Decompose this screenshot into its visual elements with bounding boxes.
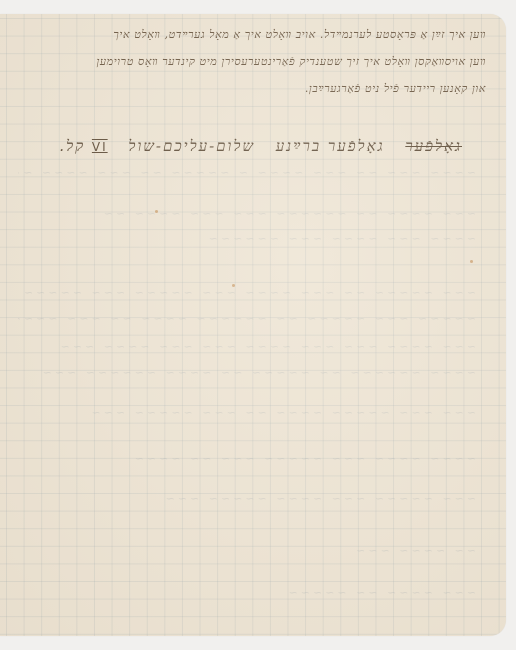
show-through-text: ~~ ~~~~ ~~~: [18, 544, 476, 557]
class-suffix: קל.: [59, 137, 85, 155]
show-through-text: ~~~ ~~~~ ~~ ~~~~~: [18, 586, 476, 599]
class-numeral: VI: [92, 140, 108, 154]
show-through-text: ~~~~ ~~~~~~ ~~ ~~~~~ ~~ ~~~~ ~~~~~~ ~~~: [18, 366, 476, 379]
handwritten-line-1: װען איך זײַן אַ פּראָסטע לערנמײדל. אויב …: [113, 28, 486, 41]
ink-speck: [155, 210, 158, 213]
show-through-text: ~~~~ ~~~ ~~ ~~~ ~~~~ ~ ~~~~~ ~~ ~~~ ~~~~…: [18, 166, 476, 179]
ink-speck: [470, 260, 473, 263]
author-name: גאָלפֿער ברײַנע: [276, 137, 385, 155]
show-through-text: ~~~~ ~~~~ ~~~ ~~~~~ ~~~ ~~ ~~~~: [18, 452, 476, 465]
notebook-page: װען איך זײַן אַ פּראָסטע לערנמײדל. אויב …: [0, 14, 506, 636]
school-name: שלום-עליכם-שול: [128, 137, 255, 155]
show-through-text: ~~~~ ~~~ ~~~~ ~~~ ~~~~~~: [18, 232, 476, 245]
signature-line: גאָלפֿער גאָלפֿער ברײַנע שלום-עליכם-שול …: [59, 137, 462, 156]
show-through-text: ~~~ ~~~~ ~~ ~~~~~~ ~~~ ~~~ ~~~~ ~~: [18, 207, 476, 220]
show-through-text: ~~~ ~~~~~ ~~~ ~~~~ ~~~~~ ~~~: [18, 492, 476, 505]
show-through-text: ~~~ ~~~~ ~~~ ~~~ ~~~~ ~~~ ~~~ ~~~~ ~~~: [18, 340, 476, 353]
show-through-text: ~~~~~ ~~~ ~~~~~ ~~ ~~~~~~ ~~~~ ~~ ~~~ ~~…: [18, 312, 476, 325]
handwritten-line-2: װען אויסװאַקסן װאָלט איך זיך שטענדיק פֿא…: [96, 55, 486, 68]
show-through-text: ~~~ ~~~ ~~~~~ ~~~~ ~~ ~~~ ~~~~~ ~~~: [18, 406, 476, 419]
ink-speck: [232, 284, 235, 287]
show-through-text: ~~~ ~~~~~ ~~ ~~~ ~~~~ ~~~ ~~~~~ ~~~ ~~~~…: [18, 286, 476, 299]
handwritten-line-3: און קאָנען ריידער פֿיל ניט פֿאַרגערײַבן.: [305, 82, 486, 95]
struck-out-word: גאָלפֿער: [405, 137, 462, 155]
